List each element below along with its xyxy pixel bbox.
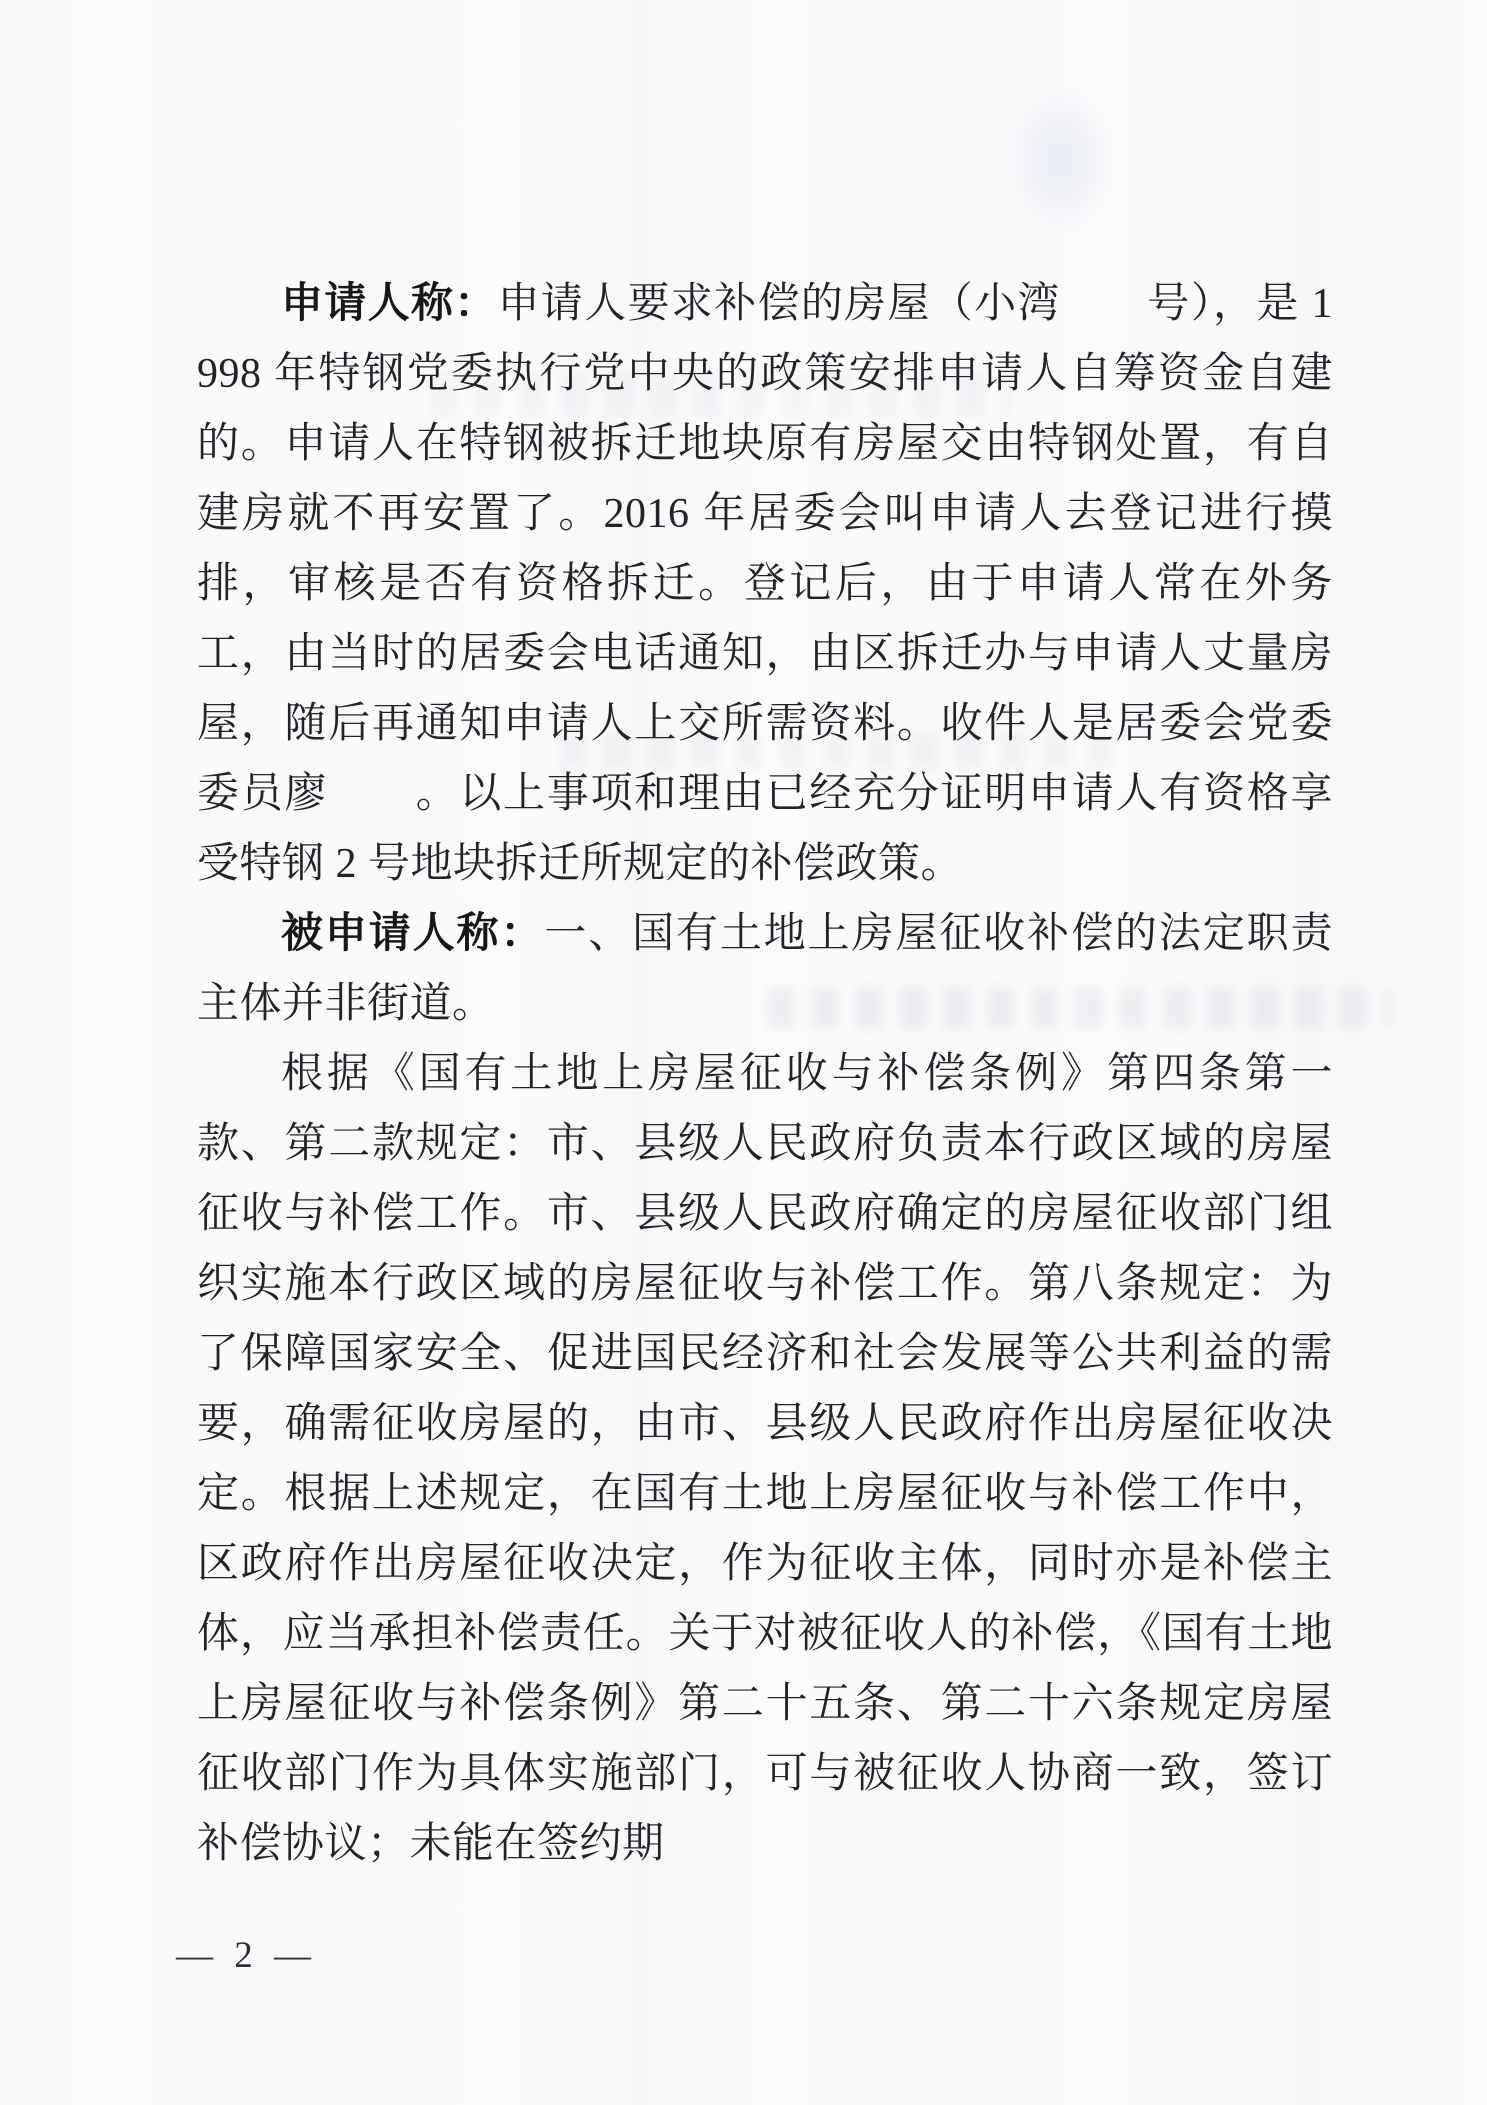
paragraph-lead-respondent: 被申请人称： xyxy=(281,911,544,957)
paragraph-body-applicant: 申请人要求补偿的房屋（小湾 号），是 1998 年特钢党委执行党中央的政策安排申… xyxy=(197,281,1333,887)
paragraph-body-legal-basis: 根据《国有土地上房屋征收与补偿条例》第四条第一款、第二款规定：市、县级人民政府负… xyxy=(197,1051,1333,1867)
paragraph-applicant-claim: 申请人称：申请人要求补偿的房屋（小湾 号），是 1998 年特钢党委执行党中央的… xyxy=(197,269,1333,899)
paragraph-respondent-claim: 被申请人称：一、国有土地上房屋征收补偿的法定职责主体并非街道。 xyxy=(197,899,1333,1039)
page-number: — 2 — xyxy=(176,1934,317,1977)
paragraph-lead-applicant: 申请人称： xyxy=(281,281,498,327)
document-text-block: 申请人称：申请人要求补偿的房屋（小湾 号），是 1998 年特钢党委执行党中央的… xyxy=(197,269,1333,1879)
scanned-document-page: 申请人称：申请人要求补偿的房屋（小湾 号），是 1998 年特钢党委执行党中央的… xyxy=(0,0,1487,2105)
paragraph-legal-basis: 根据《国有土地上房屋征收与补偿条例》第四条第一款、第二款规定：市、县级人民政府负… xyxy=(197,1039,1333,1879)
scan-glare-artifact xyxy=(1005,85,1115,235)
